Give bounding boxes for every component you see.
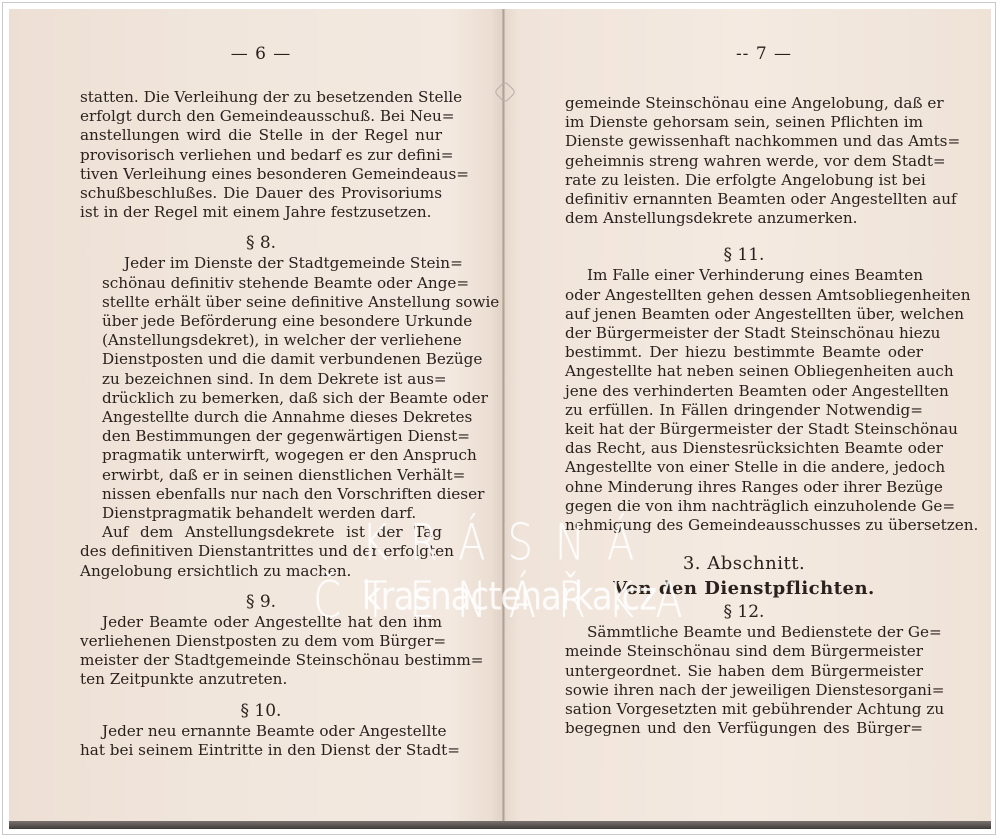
text-line: verliehenen Dienstposten zu dem vom Bürg…	[80, 632, 442, 651]
section-heading-11: § 11.	[565, 244, 923, 266]
text-line: das Recht, aus Dienstesrücksichten Beamt…	[565, 439, 923, 458]
book-spread-scan: — 6 — statten. Die Verleihung der zu bes…	[9, 9, 991, 829]
paragraph-section-8: Jeder im Dienste der Stadtgemeinde Stein…	[80, 254, 442, 523]
paragraph-angelobung: gemeinde Steinschönau eine Angelobung, d…	[565, 94, 923, 228]
text-line: definitiv ernannten Beamten oder Angeste…	[565, 190, 923, 209]
text-line: zu erfüllen. In Fällen dringender Notwen…	[565, 401, 923, 420]
text-line: im Dienste gehorsam sein, seinen Pflicht…	[565, 113, 923, 132]
text-line: Angestellte durch die Annahme dieses Dek…	[80, 408, 442, 427]
text-line: über jede Beförderung eine besondere Urk…	[80, 312, 442, 331]
text-line: begegnen und den Verfügungen des Bürger=	[565, 719, 923, 738]
text-line: provisorisch verliehen und bedarf es zur…	[80, 146, 442, 165]
text-line: Im Falle einer Verhinderung eines Beamte…	[565, 266, 923, 285]
text-line: gegen die von ihm nachträglich einzuhole…	[565, 497, 923, 516]
text-line: sowie ihren nach der jeweiligen Dienstes…	[565, 681, 923, 700]
text-line: meister der Stadtgemeinde Steinschönau b…	[80, 651, 442, 670]
text-line: Jeder neu ernannte Beamte oder Angestell…	[80, 722, 442, 741]
left-page: — 6 — statten. Die Verleihung der zu bes…	[80, 9, 442, 821]
text-line: statten. Die Verleihung der zu besetzend…	[80, 88, 442, 107]
text-line: Angestellte von einer Stelle in die ande…	[565, 458, 923, 477]
text-line: jene des verhinderten Beamten oder Anges…	[565, 382, 923, 401]
text-line: Dienste gewissenhaft nachkommen und das …	[565, 132, 923, 151]
text-line: Jeder im Dienste der Stadtgemeinde Stein…	[80, 254, 442, 273]
page-number-7: -- 7 —	[565, 45, 923, 64]
right-page-body: gemeinde Steinschönau eine Angelobung, d…	[565, 94, 923, 738]
paragraph-section-12: Sämmtliche Beamte und Bedienstete der Ge…	[565, 623, 923, 738]
text-line: stellte erhält über seine definitive Ans…	[80, 293, 442, 312]
text-line: Angestellte hat neben seinen Obliegenhei…	[565, 362, 923, 381]
text-line: dem Anstellungsdekrete anzumerken.	[565, 209, 923, 228]
text-line: tiven Verleihung eines besonderen Gemein…	[80, 165, 442, 184]
paragraph-stelle-verleihung: statten. Die Verleihung der zu besetzend…	[80, 88, 442, 222]
text-line: bestimmt. Der hiezu bestimmte Beamte ode…	[565, 343, 923, 362]
section-heading-10: § 10.	[80, 700, 442, 722]
right-page: -- 7 — gemeinde Steinschönau eine Angelo…	[565, 9, 923, 821]
left-page-body: statten. Die Verleihung der zu besetzend…	[80, 88, 442, 760]
paragraph-section-11: Im Falle einer Verhinderung eines Beamte…	[565, 266, 923, 535]
text-line: sation Vorgesetzten mit gebührender Acht…	[565, 700, 923, 719]
text-line: den Bestimmungen der gegenwärtigen Diens…	[80, 427, 442, 446]
text-line: (Anstellungsdekret), in welcher der verl…	[80, 331, 442, 350]
text-line: nissen ebenfalls nur nach den Vorschrift…	[80, 485, 442, 504]
binding-stitch	[494, 81, 517, 104]
text-line: ist in der Regel mit einem Jahre festzus…	[80, 203, 442, 222]
text-line: erfolgt durch den Gemeindeausschuß. Bei …	[80, 107, 442, 126]
text-line: drücklich zu bemerken, daß sich der Beam…	[80, 389, 442, 408]
text-line: geheimnis streng wahren werde, vor dem S…	[565, 152, 923, 171]
section-heading-8: § 8.	[80, 232, 442, 254]
text-line: ten Zeitpunkte anzutreten.	[80, 670, 442, 689]
page-number-6: — 6 —	[80, 45, 442, 64]
text-line: pragmatik unterwirft, wogegen er den Ans…	[80, 446, 442, 465]
text-line: ohne Minderung ihres Ranges oder ihrer B…	[565, 478, 923, 497]
book-spine	[502, 9, 505, 821]
text-line: schußbeschlußes. Die Dauer des Provisori…	[80, 184, 442, 203]
text-line: erwirbt, daß er in seinen dienstlichen V…	[80, 466, 442, 485]
text-line: schönau definitiv stehende Beamte oder A…	[80, 274, 442, 293]
text-line: rate zu leisten. Die erfolgte Angelobung…	[565, 171, 923, 190]
text-line: untergeordnet. Sie haben dem Bürgermeist…	[565, 662, 923, 681]
text-line: der Bürgermeister der Stadt Steinschönau…	[565, 324, 923, 343]
text-line: Dienstposten und die damit verbundenen B…	[80, 350, 442, 369]
text-line: anstellungen wird die Stelle in der Rege…	[80, 126, 442, 145]
watermark-url: krasnactenarka.cz	[339, 574, 679, 620]
text-line: gemeinde Steinschönau eine Angelobung, d…	[565, 94, 923, 113]
text-line: hat bei seinem Eintritte in den Dienst d…	[80, 741, 442, 760]
paragraph-section-10: Jeder neu ernannte Beamte oder Angestell…	[80, 722, 442, 760]
text-line: oder Angestellten gehen dessen Amtsoblie…	[565, 286, 923, 305]
text-line: meinde Steinschönau sind dem Bürgermeist…	[565, 642, 923, 661]
text-line: zu bezeichnen sind. In dem Dekrete ist a…	[80, 370, 442, 389]
text-line: keit hat der Bürgermeister der Stadt Ste…	[565, 420, 923, 439]
text-line: auf jenen Beamten oder Angestellten über…	[565, 305, 923, 324]
